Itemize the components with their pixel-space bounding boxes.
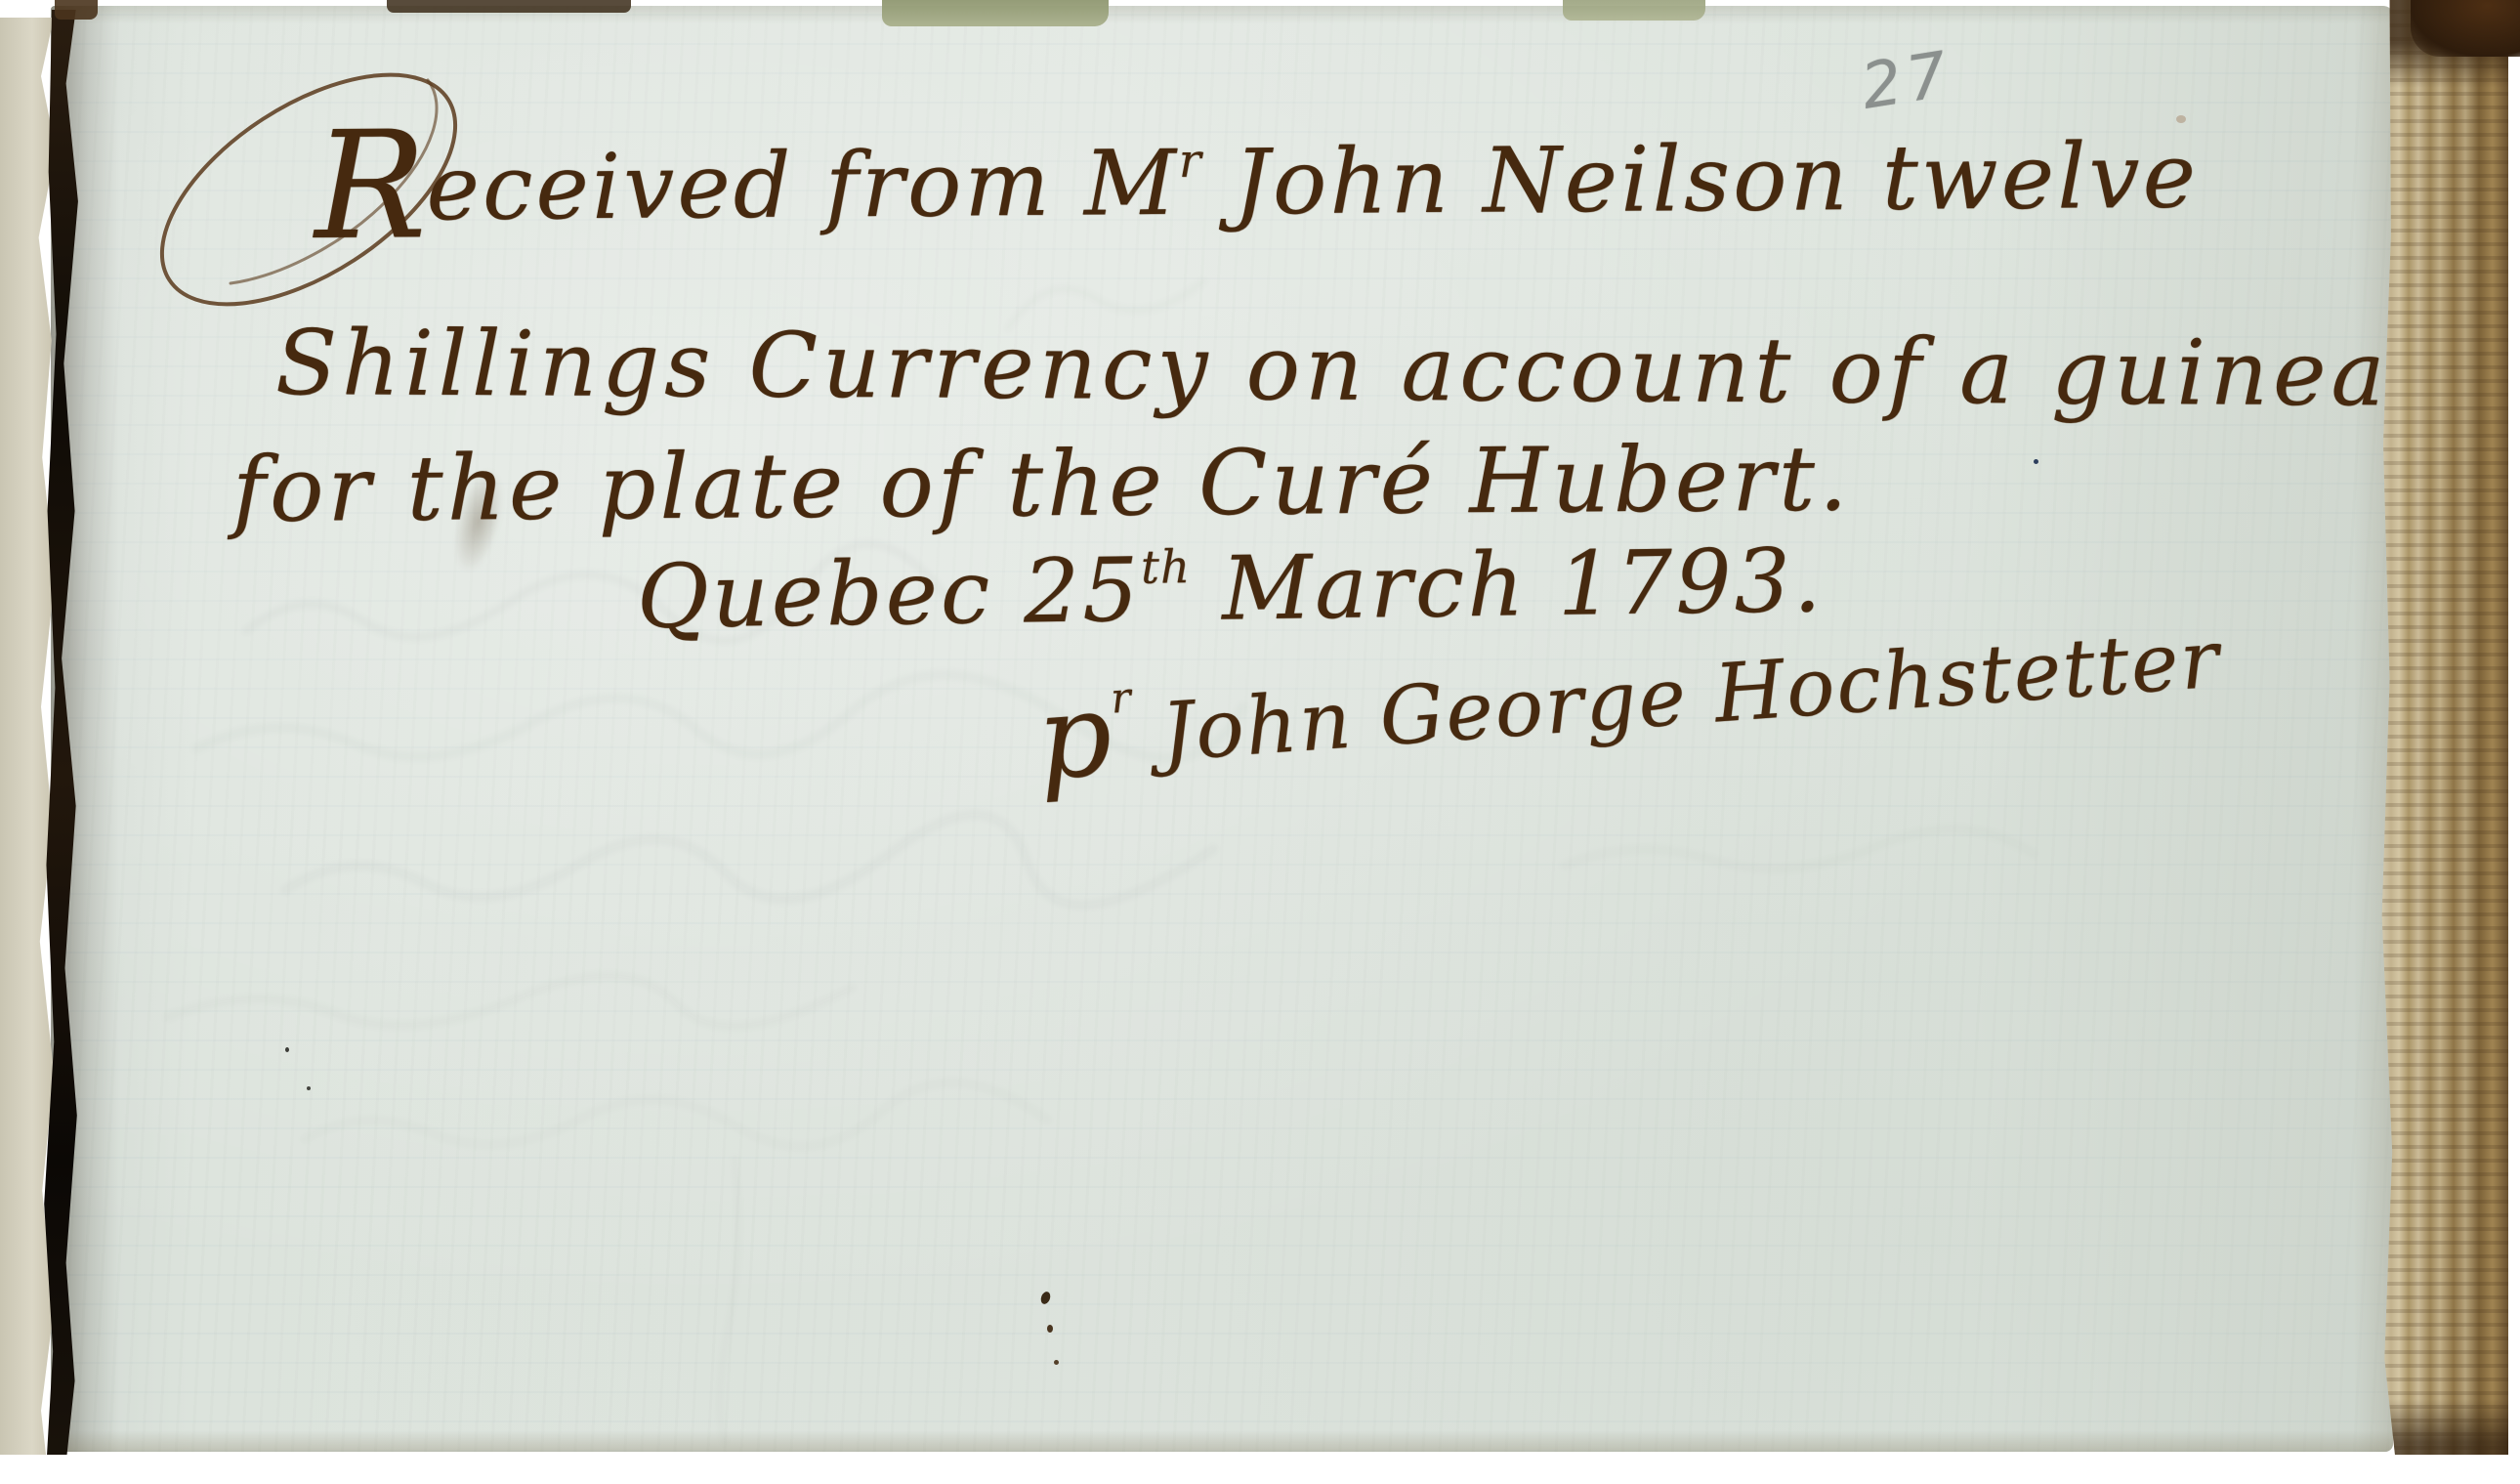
top-edge-dark-nib [55,0,98,20]
superscript-r: r [1179,135,1202,189]
receipt-line-1: Received from Mr John Neilson twelve [315,132,2200,234]
superscript-th: th [1141,541,1192,595]
ink-speck [285,1047,289,1052]
paper-blemish [2176,115,2186,123]
ornate-initial: R [314,99,427,273]
receipt-dateline: Quebec 25th March 1793. [636,536,1825,642]
receipt-line-3: for the plate of the Curé Hubert. [232,434,1852,535]
scanned-receipt-page: 27 Received from Mr John Neilson twelve … [0,0,2520,1484]
ink-speck-blue [2034,459,2038,464]
ink-speck [307,1086,311,1090]
receipt-line-2: Shillings Currency on account of a guine… [275,318,2390,419]
ink-speck [1054,1360,1059,1365]
top-edge-olive-patch [882,0,1109,26]
top-edge-dark-strip [387,0,631,13]
ink-speck [1047,1325,1053,1333]
top-right-cover-corner [2411,0,2520,57]
page-number: 27 [1857,38,1958,124]
signature-prefix-superscript: r [1110,673,1134,723]
top-edge-olive-patch-2 [1563,0,1705,21]
right-page-edges [2379,0,2508,1477]
signature-prefix: p [1033,666,1118,806]
scan-bottom-margin [0,1455,2520,1484]
